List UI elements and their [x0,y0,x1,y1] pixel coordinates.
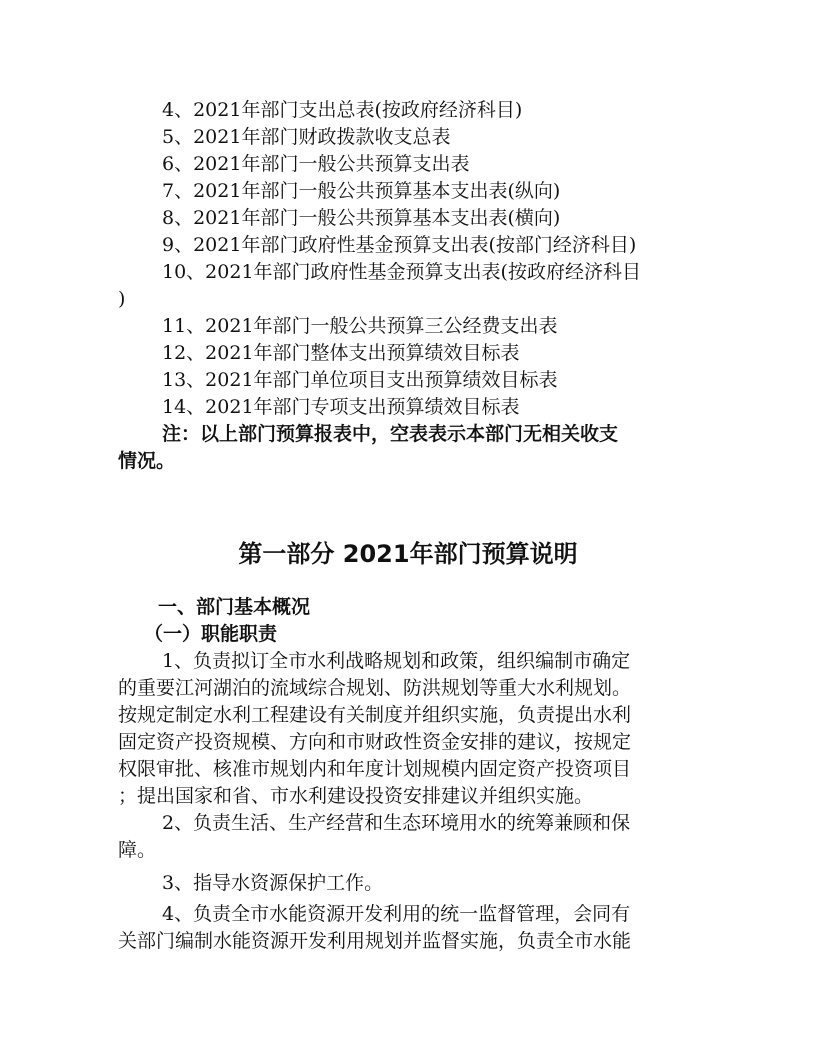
toc-item: 10、2021年部门政府性基金预算支出表(按政府经济科目 [162,259,641,285]
toc-item: 5、2021年部门财政拨款收支总表 [162,124,450,150]
note-text-continuation: 情况。 [118,448,175,474]
body-paragraph-line: 2、负责生活、生产经营和生态环境用水的统筹兼顾和保 [162,810,630,836]
body-paragraph-line: 的重要江河湖泊的流域综合规划、防洪规划等重大水利规划。 [118,675,631,701]
heading-basic-overview: 一、部门基本概况 [158,594,310,620]
body-paragraph-line: 4、负责全市水能资源开发利用的统一监督管理，会同有 [162,901,630,927]
body-paragraph-line: 1、负责拟订全市水利战略规划和政策，组织编制市确定 [162,648,630,674]
body-paragraph-line: 3、指导水资源保护工作。 [162,870,383,896]
toc-item: 8、2021年部门一般公共预算基本支出表(横向) [162,205,560,231]
body-paragraph-line: 关部门编制水能资源开发利用规划并监督实施，负责全市水能 [118,928,631,954]
body-paragraph-line: 按规定制定水利工程建设有关制度并组织实施，负责提出水利 [118,702,631,728]
toc-item: 13、2021年部门单位项目支出预算绩效目标表 [162,367,558,393]
toc-item-continuation: ) [118,286,125,312]
body-paragraph-line: ；提出国家和省、市水利建设投资安排建议并组织实施。 [118,783,593,809]
toc-item: 9、2021年部门政府性基金预算支出表(按部门经济科目) [162,232,636,258]
body-paragraph-line: 权限审批、核准市规划内和年度计划规模内固定资产投资项目 [118,756,631,782]
heading-functions: （一）职能职责 [144,621,277,647]
note-text: 注：以上部门预算报表中，空表表示本部门无相关收支 [162,421,618,447]
toc-item: 11、2021年部门一般公共预算三公经费支出表 [162,313,558,339]
toc-item: 6、2021年部门一般公共预算支出表 [162,151,469,177]
toc-item: 14、2021年部门专项支出预算绩效目标表 [162,394,520,420]
toc-item: 12、2021年部门整体支出预算绩效目标表 [162,340,520,366]
body-paragraph-line: 固定资产投资规模、方向和市财政性资金安排的建议，按规定 [118,729,631,755]
toc-item: 4、2021年部门支出总表(按政府经济科目) [162,97,522,123]
section-title: 第一部分 2021年部门预算说明 [118,534,698,569]
toc-item: 7、2021年部门一般公共预算基本支出表(纵向) [162,178,560,204]
body-paragraph-line: 障。 [118,837,156,863]
